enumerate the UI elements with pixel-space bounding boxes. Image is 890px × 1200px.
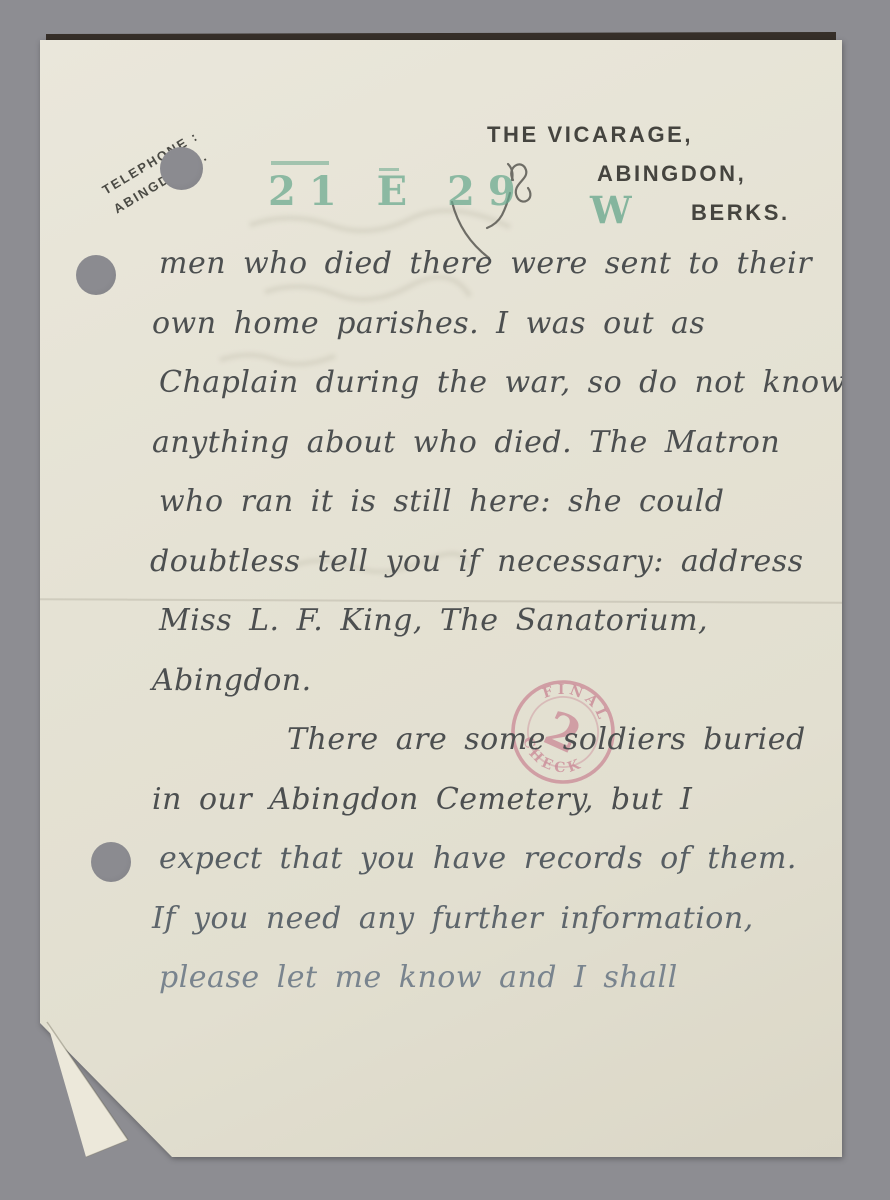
date-stamp-overline [271, 161, 329, 165]
folded-corner [40, 1020, 180, 1200]
punch-hole-top [160, 147, 203, 190]
letter-page: THE VICARAGE, ABINGDON, BERKS. TELEPHONE… [40, 40, 842, 1157]
handwriting-line: doubtless tell you if necessary: address [150, 544, 824, 604]
scanned-letter-background: THE VICARAGE, ABINGDON, BERKS. TELEPHONE… [0, 0, 890, 1200]
handwriting-line: men who died there were sent to their [159, 246, 824, 306]
folded-corner-flap [47, 1022, 128, 1157]
handwriting-line: who ran it is still here: she could [159, 484, 824, 544]
punch-hole-upper-left [76, 255, 116, 295]
handwriting-line: Chaplain during the war, so do not know [159, 365, 824, 425]
handwriting-line: in our Abingdon Cemetery, but I [152, 782, 824, 842]
handwriting-line: anything about who died. The Matron [152, 425, 824, 485]
handwriting-line: If you need any further information, [152, 901, 824, 961]
handwriting-line: Miss L. F. King, The Sanatorium, [159, 603, 824, 663]
sorting-mark-stamp: W [590, 188, 632, 232]
date-stamp: 21 E 29 [268, 168, 529, 215]
handwriting-line: expect that you have records of them. [159, 841, 824, 901]
date-stamp-overline-small [379, 168, 399, 171]
handwriting-line: Abingdon. [152, 663, 824, 723]
handwriting-line: own home parishes. I was out as [152, 306, 824, 366]
handwritten-body: men who died there were sent to their ow… [152, 246, 824, 1020]
letterhead-line-1: THE VICARAGE, [487, 122, 693, 148]
letterhead-line-3: BERKS. [691, 200, 790, 226]
letter-page-wrap: THE VICARAGE, ABINGDON, BERKS. TELEPHONE… [40, 40, 842, 1157]
handwriting-line: please let me know and I shall [159, 960, 824, 1020]
punch-hole-lower-left [91, 842, 131, 882]
handwriting-line: There are some soldiers buried [159, 722, 824, 782]
letterhead-line-2: ABINGDON, [597, 161, 746, 187]
